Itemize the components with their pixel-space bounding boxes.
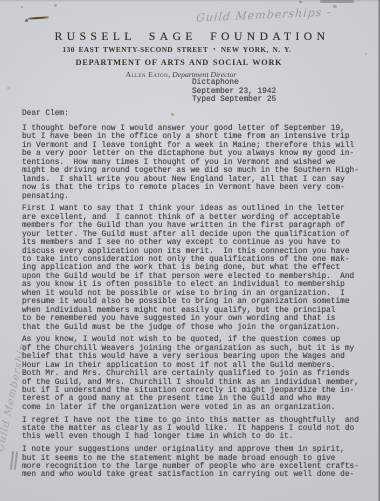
- director-title: Department Director: [170, 70, 236, 79]
- letterhead: RUSSELL SAGE FOUNDATION 130 EAST TWENTY-…: [0, 31, 380, 79]
- salutation: Dear Clem:: [22, 110, 69, 118]
- stain-mark: [7, 86, 11, 90]
- stain-mark: [54, 4, 57, 7]
- director-line: Allen Eaton, Department Director: [0, 70, 371, 79]
- organization-name: RUSSELL SAGE FOUNDATION: [0, 31, 380, 43]
- paragraph: I regret I have not the time to go into …: [22, 417, 374, 442]
- bullet-separator-icon: •: [208, 47, 221, 53]
- letter-body: I thought before now I would answer your…: [22, 125, 374, 484]
- pencil-tick-mark: [14, 451, 18, 470]
- paragraph: First I want to say that I think your id…: [22, 205, 374, 332]
- date-block: Dictaphone September 23, 1942 Typed Sept…: [192, 79, 276, 105]
- stain-mark: [21, 6, 23, 8]
- letter-page: Guild Memberships - Guild Membership RUS…: [0, 0, 380, 501]
- handwritten-top-note: Guild Memberships -: [195, 4, 356, 24]
- pencil-dash-dot: [25, 19, 28, 22]
- stain-mark: [171, 113, 174, 116]
- scan-edge-top: [0, 0, 380, 2]
- director-name: Allen Eaton,: [126, 70, 171, 79]
- paragraph: I thought before now I would answer your…: [22, 125, 374, 201]
- address-street: 130 EAST TWENTY-SECOND STREET: [63, 46, 209, 54]
- paragraph: I note your suggestions under originalit…: [22, 446, 374, 480]
- address-city: NEW YORK, N. Y.: [221, 46, 292, 54]
- organization-address: 130 EAST TWENTY-SECOND STREET•NEW YORK, …: [0, 46, 367, 54]
- paragraph: As you know, I would not wish to be quot…: [22, 336, 374, 412]
- pencil-dash-mark: [28, 16, 49, 19]
- department-name: DEPARTMENT OF ARTS AND SOCIAL WORK: [0, 58, 369, 67]
